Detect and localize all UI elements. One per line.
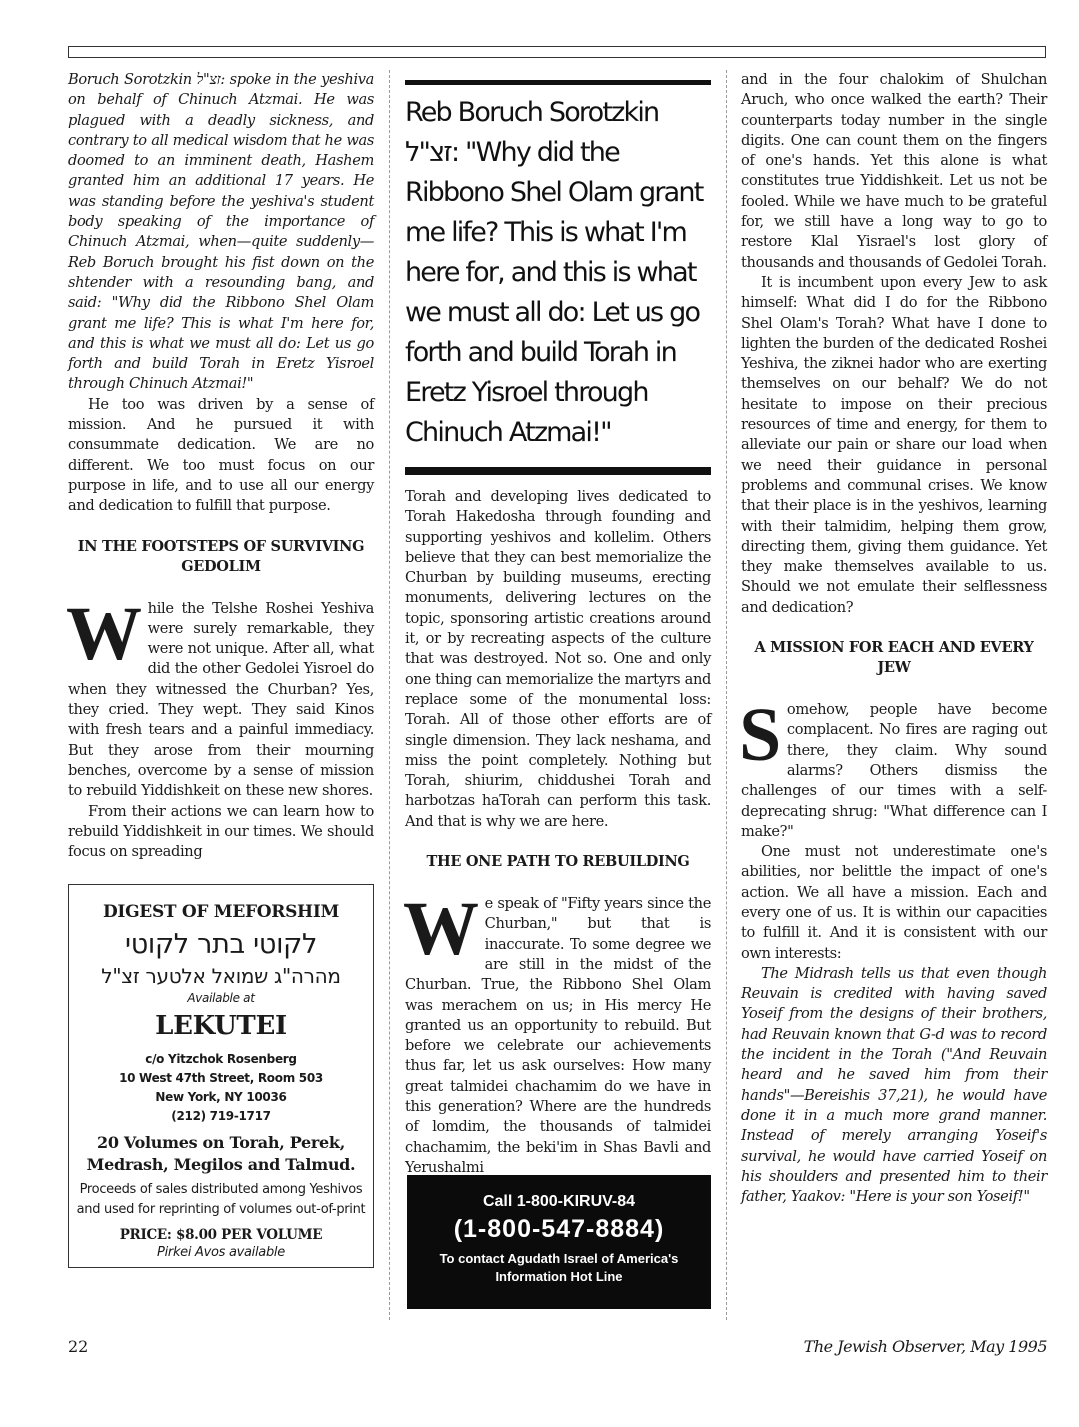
- ad-name: LEKUTEI: [75, 1009, 367, 1044]
- column-1: Boruch Sorotzkin זצ"ל: spoke in the yesh…: [68, 70, 374, 1268]
- body-paragraph: One must not underestimate one's abiliti…: [741, 842, 1047, 964]
- ad-hebrew-title: לקוטי בתר לקוטי: [75, 928, 367, 962]
- body-paragraph: While the Telshe Roshei Yeshiva were sur…: [68, 599, 374, 802]
- ad-phone: (212) 719-1717: [75, 1107, 367, 1126]
- ad-address-line: New York, NY 10036: [75, 1088, 367, 1107]
- hotline-call: Call 1-800-KIRUV-84: [407, 1193, 711, 1211]
- column-divider: [389, 70, 390, 1320]
- body-paragraph: We speak of "Fifty years since the Churb…: [405, 894, 711, 1178]
- ad-volumes: 20 Volumes on Torah, Perek, Medrash, Meg…: [75, 1132, 367, 1176]
- header-rule-box: [68, 46, 1046, 58]
- section-heading: THE ONE PATH TO REBUILDING: [405, 852, 711, 872]
- ad-available: Available at: [75, 990, 367, 1006]
- body-paragraph: From their actions we can learn how to r…: [68, 802, 374, 863]
- midrash-paragraph: The Midrash tells us that even though Re…: [741, 964, 1047, 1208]
- drop-cap: S: [739, 704, 781, 768]
- column-2: Reb Boruch Sorotzkin זצ"ל: "Why did the …: [405, 70, 711, 1178]
- body-paragraph: Torah and developing lives dedicated to …: [405, 487, 711, 832]
- column-divider: [726, 70, 727, 1320]
- body-paragraph: Somehow, people have become complacent. …: [741, 700, 1047, 842]
- pull-quote-text: Reb Boruch Sorotzkin זצ"ל: "Why did the …: [405, 93, 711, 453]
- section-heading: A MISSION FOR EACH AND EVERY JEW: [741, 638, 1047, 678]
- section-heading: IN THE FOOTSTEPS OF SURVIVING GEDOLIM: [68, 537, 374, 577]
- publication-masthead: The Jewish Observer, May 1995: [804, 1337, 1047, 1356]
- ad-address-line: 10 West 47th Street, Room 503: [75, 1069, 367, 1088]
- hotline-number: (1-800-547-8884): [407, 1215, 711, 1244]
- ad-title: DIGEST OF MEFORSHIM: [75, 901, 367, 924]
- body-paragraph: He too was driven by a sense of mission.…: [68, 395, 374, 517]
- ad-hebrew-author: מהרה"ג שמואל אלטער זצ"ל: [75, 962, 367, 990]
- body-paragraph: and in the four chalokim of Shulchan Aru…: [741, 70, 1047, 273]
- pull-quote: Reb Boruch Sorotzkin זצ"ל: "Why did the …: [405, 80, 711, 475]
- drop-cap: W: [66, 603, 142, 667]
- ad-address-line: c/o Yitzchok Rosenberg: [75, 1050, 367, 1069]
- lekutei-advertisement: DIGEST OF MEFORSHIM לקוטי בתר לקוטי מהרה…: [68, 884, 374, 1268]
- drop-cap: W: [403, 898, 479, 962]
- ad-pirkei-avos: Pirkei Avos available: [75, 1244, 367, 1262]
- ad-price: PRICE: $8.00 PER VOLUME: [75, 1226, 367, 1244]
- hotline-advertisement: Call 1-800-KIRUV-84 (1-800-547-8884) To …: [407, 1175, 711, 1309]
- hotline-desc: Information Hot Line: [495, 1269, 622, 1284]
- page-number: 22: [68, 1337, 88, 1356]
- body-paragraph: It is incumbent upon every Jew to ask hi…: [741, 273, 1047, 618]
- column-3: and in the four chalokim of Shulchan Aru…: [741, 70, 1047, 1207]
- quote-paragraph: Boruch Sorotzkin זצ"ל: spoke in the yesh…: [68, 70, 374, 395]
- ad-proceeds: Proceeds of sales distributed among Yesh…: [75, 1180, 367, 1220]
- hotline-desc: To contact Agudath Israel of America's: [440, 1251, 679, 1266]
